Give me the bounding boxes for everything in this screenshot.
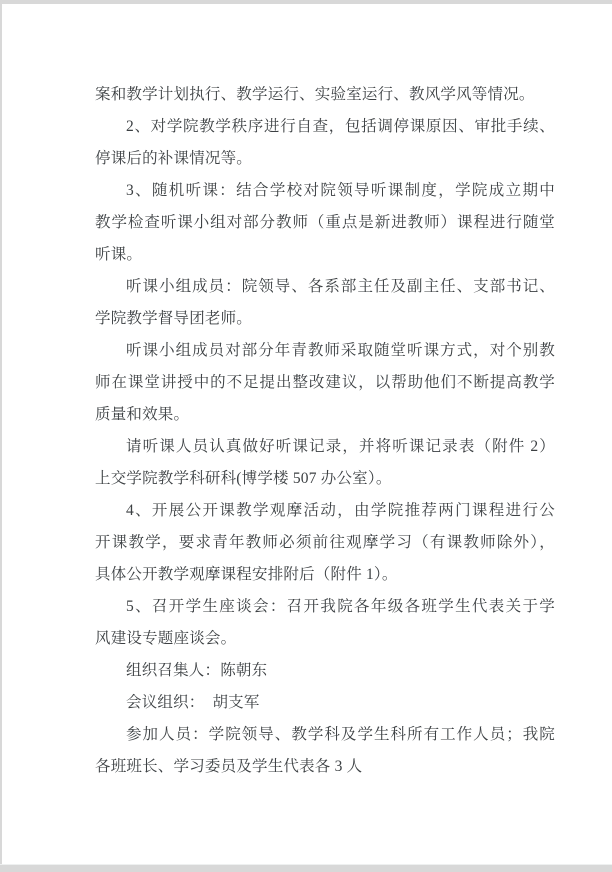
text-line: 请听课人员认真做好听课记录，并将听课记录表（附件 2） [95,431,555,463]
paragraph: 4、开展公开课教学观摩活动，由学院推荐两门课程进行公开课教学，要求青年教师必须前… [95,495,555,591]
text-block: 案和教学计划执行、教学运行、实验室运行、教风学风等情况。2、对学院教学秩序进行自… [95,79,555,783]
text-line: 会议组织： 胡支军 [95,687,555,719]
text-line: 听课小组成员：院领导、各系部主任及副主任、支部书记、 [95,271,555,303]
text-line: 听课小组成员对部分年青教师采取随堂听课方式，对个别教 [95,335,555,367]
text-line: 听课。 [95,239,555,271]
document-page: 案和教学计划执行、教学运行、实验室运行、教风学风等情况。2、对学院教学秩序进行自… [0,0,612,872]
text-line: 具体公开教学观摩课程安排附后（附件 1）。 [95,559,555,591]
text-line: 开课教学，要求青年教师必须前往观摩学习（有课教师除外）， [95,527,555,559]
text-line: 学院教学督导团老师。 [95,303,555,335]
text-line: 组织召集人：陈朝东 [95,655,555,687]
text-line: 停课后的补课情况等。 [95,143,555,175]
text-line: 案和教学计划执行、教学运行、实验室运行、教风学风等情况。 [95,79,555,111]
paragraph: 会议组织： 胡支军 [95,687,555,719]
text-line: 师在课堂讲授中的不足提出整改建议，以帮助他们不断提高教学 [95,367,555,399]
text-line: 质量和效果。 [95,399,555,431]
text-line: 3、随机听课：结合学校对院领导听课制度，学院成立期中 [95,175,555,207]
text-line: 上交学院教学科研科(博学楼 507 办公室）。 [95,463,555,495]
paragraph: 参加人员：学院领导、教学科及学生科所有工作人员；我院各班班长、学习委员及学生代表… [95,719,555,783]
text-line: 参加人员：学院领导、教学科及学生科所有工作人员；我院 [95,719,555,751]
text-line: 5、召开学生座谈会：召开我院各年级各班学生代表关于学 [95,591,555,623]
text-line: 4、开展公开课教学观摩活动，由学院推荐两门课程进行公 [95,495,555,527]
paragraph: 案和教学计划执行、教学运行、实验室运行、教风学风等情况。 [95,79,555,111]
paragraph: 3、随机听课：结合学校对院领导听课制度，学院成立期中教学检查听课小组对部分教师（… [95,175,555,271]
text-line: 教学检查听课小组对部分教师（重点是新进教师）课程进行随堂 [95,207,555,239]
page-edge-top [0,0,612,4]
paragraph: 请听课人员认真做好听课记录，并将听课记录表（附件 2）上交学院教学科研科(博学楼… [95,431,555,495]
paragraph: 听课小组成员：院领导、各系部主任及副主任、支部书记、学院教学督导团老师。 [95,271,555,335]
paragraph: 2、对学院教学秩序进行自查，包括调停课原因、审批手续、停课后的补课情况等。 [95,111,555,175]
paragraph: 听课小组成员对部分年青教师采取随堂听课方式，对个别教师在课堂讲授中的不足提出整改… [95,335,555,431]
text-line: 风建设专题座谈会。 [95,623,555,655]
paragraph: 组织召集人：陈朝东 [95,655,555,687]
page-edge-left [0,4,2,864]
text-line: 各班班长、学习委员及学生代表各 3 人 [95,751,555,783]
page-edge-bottom [0,864,612,872]
paragraph: 5、召开学生座谈会：召开我院各年级各班学生代表关于学风建设专题座谈会。 [95,591,555,655]
text-line: 2、对学院教学秩序进行自查，包括调停课原因、审批手续、 [95,111,555,143]
